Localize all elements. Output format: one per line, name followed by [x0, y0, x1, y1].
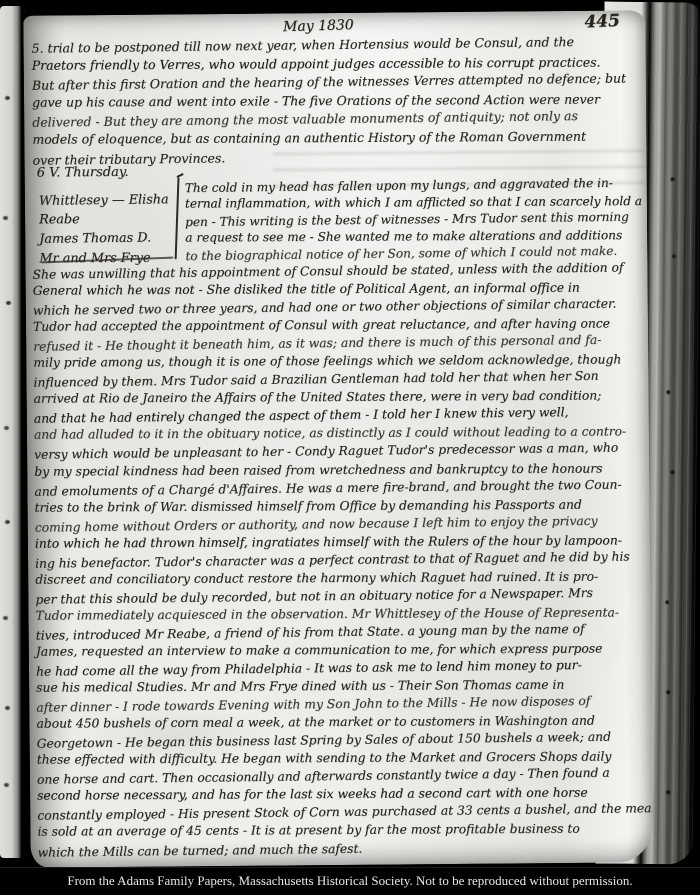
facing-page-edge: [0, 6, 21, 858]
caption-bar: From the Adams Family Papers, Massachuse…: [0, 867, 700, 895]
margin-name-line: Reabe: [39, 210, 179, 230]
entry-date: 6 V. Thursday.: [37, 165, 129, 181]
page-edge-ink-specks: [670, 2, 674, 6]
entry-intro: The cold in my head has fallen upon my l…: [185, 175, 644, 264]
caption-text: From the Adams Family Papers, Massachuse…: [0, 868, 700, 893]
bleed-ink-marks: [3, 8, 8, 12]
diary-page: May 1830 445 5. trial to be postponed ti…: [23, 10, 652, 867]
margin-name-line: Whittlesey — Elisha: [39, 190, 179, 211]
margin-name-line: James Thomas D.: [39, 229, 179, 250]
page-number: 445: [583, 11, 619, 33]
entry-body: She was unwilling that his appointment o…: [32, 259, 649, 860]
cicero-paragraph: 5. trial to be postponed till now next y…: [31, 33, 640, 168]
manuscript-photo: May 1830 445 5. trial to be postponed ti…: [0, 0, 700, 868]
